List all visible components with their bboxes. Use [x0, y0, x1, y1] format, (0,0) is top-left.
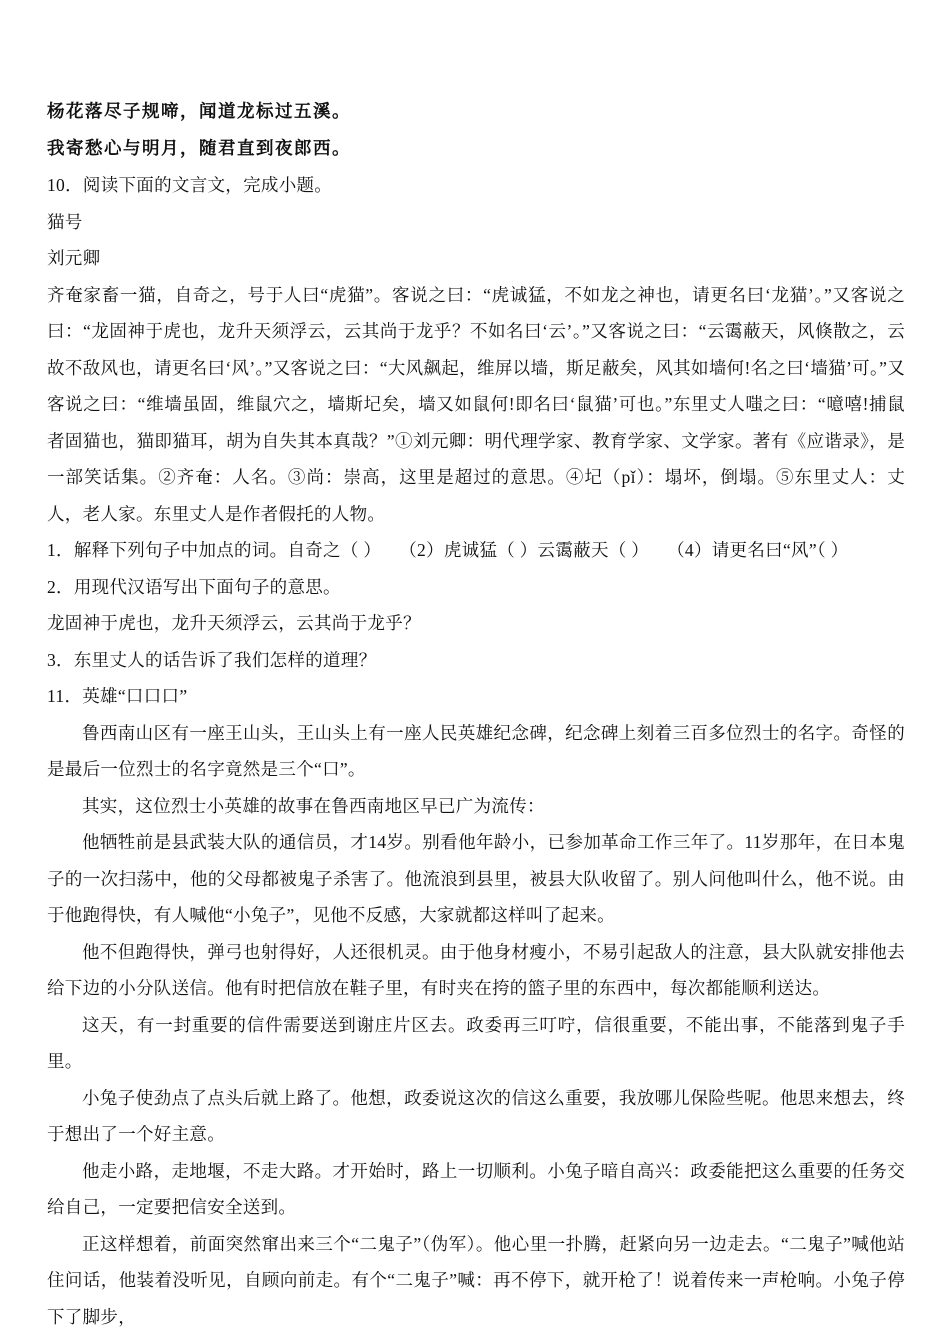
story-paragraph-1: 鲁西南山区有一座王山头，王山头上有一座人民英雄纪念碑，纪念碑上刻着三百多位烈士的…: [47, 715, 905, 788]
poem-line-1: 杨花落尽子规啼，闻道龙标过五溪。: [47, 94, 905, 131]
poem-line-2: 我寄愁心与明月，随君直到夜郎西。: [47, 131, 905, 168]
passage-title: 猫号: [47, 204, 905, 241]
story-paragraph-3: 他牺牲前是县武装大队的通信员，才14岁。别看他年龄小，已参加革命工作三年了。11…: [47, 824, 905, 934]
story-paragraph-4: 他不但跑得快，弹弓也射得好，人还很机灵。由于他身材瘦小，不易引起敌人的注意，县大…: [47, 934, 905, 1007]
sentence-to-translate: 龙固神于虎也，龙升天须浮云，云其尚于龙乎？: [47, 605, 905, 642]
story-paragraph-7: 他走小路，走地堰，不走大路。才开始时，路上一切顺利。小兔子暗自高兴：政委能把这么…: [47, 1153, 905, 1226]
passage-author: 刘元卿: [47, 240, 905, 277]
exam-document-page: 杨花落尽子规啼，闻道龙标过五溪。 我寄愁心与明月，随君直到夜郎西。 10．阅读下…: [0, 0, 950, 1344]
sub-question-2: 2．用现代汉语写出下面句子的意思。: [47, 569, 905, 606]
sub-question-1: 1．解释下列句子中加点的词。自奇之（ ） （2）虎诚猛（ ）云霭蔽天（ ） （4…: [47, 532, 905, 569]
sub-question-3: 3．东里丈人的话告诉了我们怎样的道理？: [47, 642, 905, 679]
question-11-heading: 11．英雄“口口口”: [47, 678, 905, 715]
story-paragraph-6: 小兔子使劲点了点头后就上路了。他想，政委说这次的信这么重要，我放哪儿保险些呢。他…: [47, 1080, 905, 1153]
passage-text: 齐奄家畜一猫，自奇之，号于人曰“虎猫”。客说之曰：“虎诚猛，不如龙之神也，请更名…: [47, 277, 905, 533]
story-paragraph-2: 其实，这位烈士小英雄的故事在鲁西南地区早已广为流传：: [47, 788, 905, 825]
question-10-prompt: 10．阅读下面的文言文，完成小题。: [47, 167, 905, 204]
story-paragraph-8: 正这样想着，前面突然窜出来三个“二鬼子”（伪军）。他心里一扑腾，赶紧向另一边走去…: [47, 1226, 905, 1336]
story-paragraph-5: 这天，有一封重要的信件需要送到谢庄片区去。政委再三叮咛，信很重要，不能出事，不能…: [47, 1007, 905, 1080]
